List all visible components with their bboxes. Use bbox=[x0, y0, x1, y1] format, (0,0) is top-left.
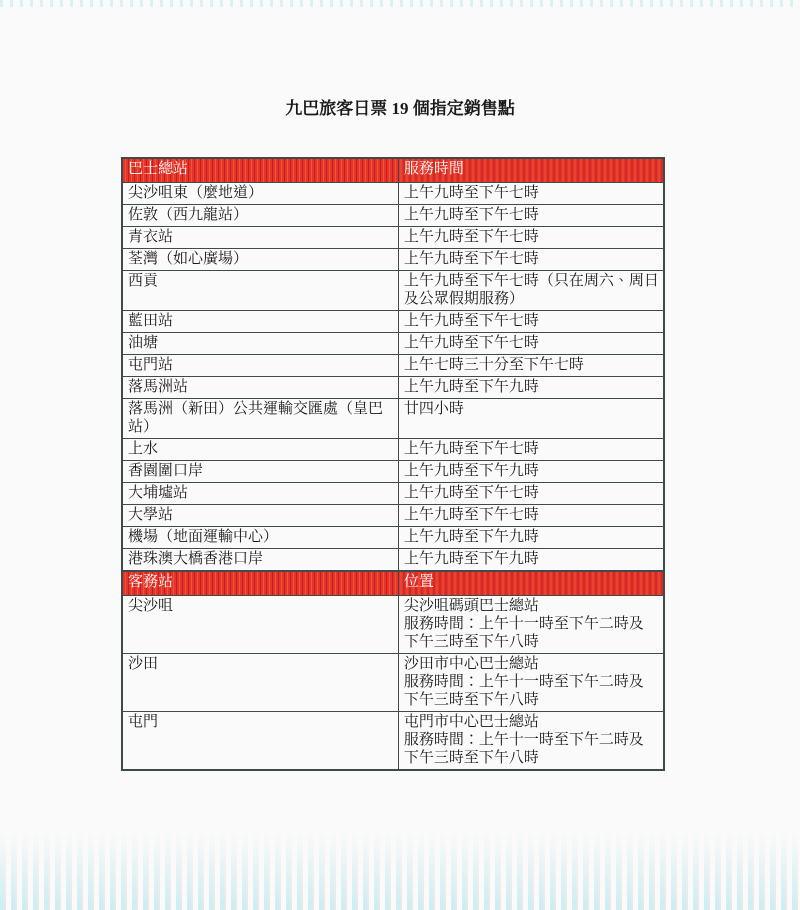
station-cell: 尖沙咀 bbox=[122, 596, 398, 654]
detail-cell: 上午九時至下午七時 bbox=[398, 227, 664, 249]
station-cell: 屯門站 bbox=[122, 355, 398, 377]
table-row: 落馬洲站 上午九時至下午九時 bbox=[122, 377, 664, 399]
customer-service-table: 客務站 位置 尖沙咀 尖沙咀碼頭巴士總站 服務時間：上午十一時至下午二時及 下午… bbox=[121, 570, 665, 771]
table-row: 尖沙咀東（麼地道） 上午九時至下午七時 bbox=[122, 183, 664, 205]
detail-cell: 廿四小時 bbox=[398, 399, 664, 439]
detail-cell: 上午九時至下午七時 bbox=[398, 333, 664, 355]
table-row: 屯門 屯門市中心巴士總站 服務時間：上午十一時至下午二時及 下午三時至下午八時 bbox=[122, 712, 664, 771]
station-cell: 沙田 bbox=[122, 654, 398, 712]
table-row: 港珠澳大橋香港口岸 上午九時至下午九時 bbox=[122, 549, 664, 572]
station-cell: 港珠澳大橋香港口岸 bbox=[122, 549, 398, 572]
table-row: 藍田站 上午九時至下午七時 bbox=[122, 311, 664, 333]
detail-cell: 上午九時至下午七時 bbox=[398, 249, 664, 271]
terminus-header-hours: 服務時間 bbox=[398, 158, 664, 183]
detail-cell: 屯門市中心巴士總站 服務時間：上午十一時至下午二時及 下午三時至下午八時 bbox=[398, 712, 664, 771]
table-row: 荃灣（如心廣場） 上午九時至下午七時 bbox=[122, 249, 664, 271]
table-row: 油塘 上午九時至下午七時 bbox=[122, 333, 664, 355]
table-row: 尖沙咀 尖沙咀碼頭巴士總站 服務時間：上午十一時至下午二時及 下午三時至下午八時 bbox=[122, 596, 664, 654]
service-header-location: 位置 bbox=[398, 571, 664, 596]
station-cell: 大學站 bbox=[122, 505, 398, 527]
station-cell: 青衣站 bbox=[122, 227, 398, 249]
station-cell: 落馬洲站 bbox=[122, 377, 398, 399]
table-row: 屯門站 上午七時三十分至下午七時 bbox=[122, 355, 664, 377]
detail-cell: 上午九時至下午九時 bbox=[398, 549, 664, 572]
detail-cell: 上午九時至下午七時 bbox=[398, 183, 664, 205]
detail-cell: 上午九時至下午七時 bbox=[398, 311, 664, 333]
station-cell: 上水 bbox=[122, 439, 398, 461]
station-cell: 大埔墟站 bbox=[122, 483, 398, 505]
terminus-table-body: 尖沙咀東（麼地道） 上午九時至下午七時 佐敦（西九龍站） 上午九時至下午七時 青… bbox=[122, 183, 664, 572]
table-row: 佐敦（西九龍站） 上午九時至下午七時 bbox=[122, 205, 664, 227]
detail-cell: 上午九時至下午七時 bbox=[398, 505, 664, 527]
detail-cell: 尖沙咀碼頭巴士總站 服務時間：上午十一時至下午二時及 下午三時至下午八時 bbox=[398, 596, 664, 654]
table-row: 上水 上午九時至下午七時 bbox=[122, 439, 664, 461]
station-cell: 機場（地面運輸中心） bbox=[122, 527, 398, 549]
document-page: 九巴旅客日票 19 個指定銷售點 巴士總站 服務時間 尖沙咀東（麼地道） 上午九… bbox=[0, 0, 800, 910]
detail-cell: 上午九時至下午七時 bbox=[398, 439, 664, 461]
page-title: 九巴旅客日票 19 個指定銷售點 bbox=[0, 94, 800, 119]
detail-cell: 上午九時至下午七時 bbox=[398, 483, 664, 505]
station-cell: 佐敦（西九龍站） bbox=[122, 205, 398, 227]
table-row: 落馬洲（新田）公共運輸交匯處（皇巴站） 廿四小時 bbox=[122, 399, 664, 439]
station-cell: 藍田站 bbox=[122, 311, 398, 333]
station-cell: 荃灣（如心廣場） bbox=[122, 249, 398, 271]
bottom-edge-pattern bbox=[0, 832, 800, 910]
table-row: 青衣站 上午九時至下午七時 bbox=[122, 227, 664, 249]
detail-cell: 上午七時三十分至下午七時 bbox=[398, 355, 664, 377]
station-cell: 尖沙咀東（麼地道） bbox=[122, 183, 398, 205]
detail-cell: 上午九時至下午九時 bbox=[398, 461, 664, 483]
top-edge-pattern bbox=[0, 0, 800, 7]
table-row: 大埔墟站 上午九時至下午七時 bbox=[122, 483, 664, 505]
table-row: 機場（地面運輸中心） 上午九時至下午九時 bbox=[122, 527, 664, 549]
service-header-row: 客務站 位置 bbox=[122, 571, 664, 596]
detail-cell: 上午九時至下午七時（只在周六、周日及公眾假期服務） bbox=[398, 271, 664, 311]
table-row: 大學站 上午九時至下午七時 bbox=[122, 505, 664, 527]
station-cell: 屯門 bbox=[122, 712, 398, 771]
table-row: 西貢 上午九時至下午七時（只在周六、周日及公眾假期服務） bbox=[122, 271, 664, 311]
detail-cell: 沙田市中心巴士總站 服務時間：上午十一時至下午二時及 下午三時至下午八時 bbox=[398, 654, 664, 712]
station-cell: 油塘 bbox=[122, 333, 398, 355]
table-row: 沙田 沙田市中心巴士總站 服務時間：上午十一時至下午二時及 下午三時至下午八時 bbox=[122, 654, 664, 712]
table-row: 香園圍口岸 上午九時至下午九時 bbox=[122, 461, 664, 483]
terminus-header-row: 巴士總站 服務時間 bbox=[122, 158, 664, 183]
terminus-header-station: 巴士總站 bbox=[122, 158, 398, 183]
detail-cell: 上午九時至下午九時 bbox=[398, 377, 664, 399]
station-cell: 香園圍口岸 bbox=[122, 461, 398, 483]
service-header-station: 客務站 bbox=[122, 571, 398, 596]
customer-service-table-body: 尖沙咀 尖沙咀碼頭巴士總站 服務時間：上午十一時至下午二時及 下午三時至下午八時… bbox=[122, 596, 664, 771]
terminus-table: 巴士總站 服務時間 尖沙咀東（麼地道） 上午九時至下午七時 佐敦（西九龍站） 上… bbox=[121, 157, 665, 572]
detail-cell: 上午九時至下午九時 bbox=[398, 527, 664, 549]
station-cell: 落馬洲（新田）公共運輸交匯處（皇巴站） bbox=[122, 399, 398, 439]
station-cell: 西貢 bbox=[122, 271, 398, 311]
detail-cell: 上午九時至下午七時 bbox=[398, 205, 664, 227]
